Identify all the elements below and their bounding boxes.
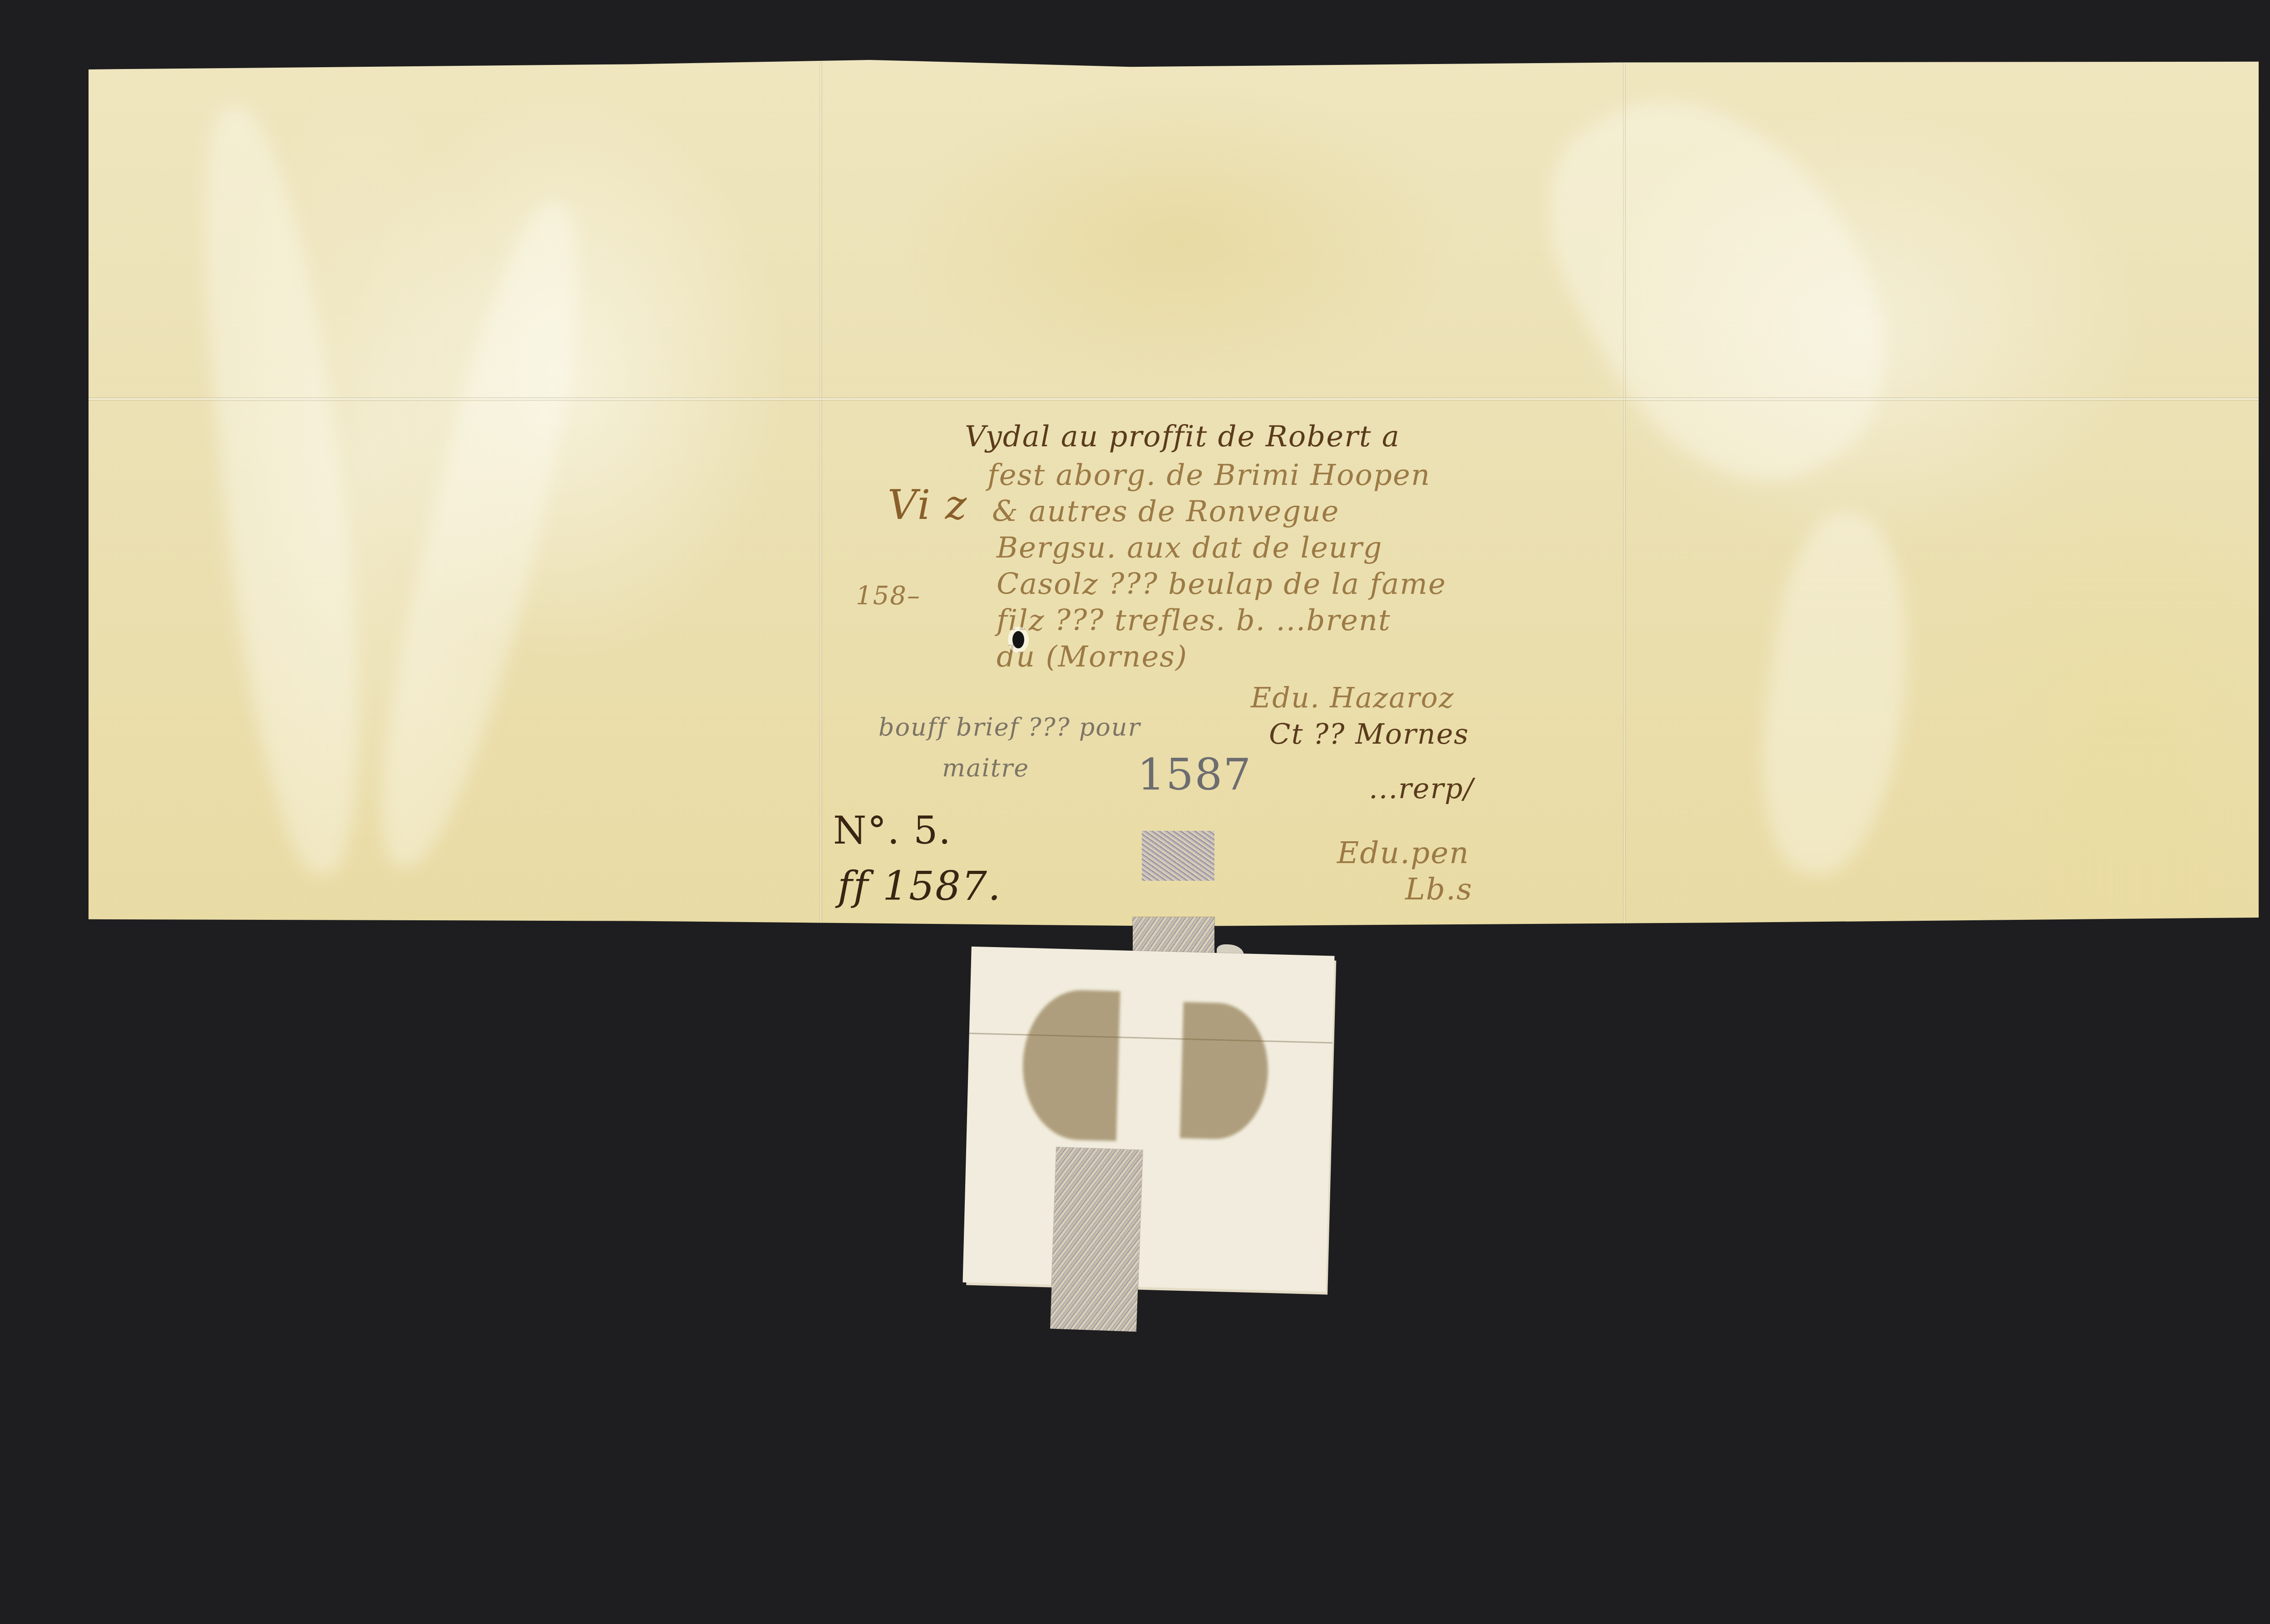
seal-tag-strip-bottom: [1050, 1147, 1143, 1332]
fold-line-horizontal: [89, 397, 2259, 401]
endorsement-line: fest aborg. de Brimi Hoopen: [987, 459, 1431, 492]
margin-year-fragment: 158–: [856, 581, 921, 611]
pencil-year: 1587: [1137, 749, 1252, 800]
signature-line: Edu.pen: [1337, 835, 1470, 870]
margin-numeral: Vi z: [888, 481, 967, 529]
seal-envelope: [962, 947, 1334, 1292]
abrasion-wash: [348, 192, 619, 879]
parchment-hole: [1012, 631, 1024, 648]
signature-line: Edu. Hazaroz: [1251, 681, 1455, 714]
endorsement-line: & autres de Ronvegue: [992, 495, 1339, 528]
seal-envelope-fold: [969, 1033, 1332, 1044]
grey-note-line: bouff brief ??? pour: [878, 713, 1140, 741]
abrasion-wash: [1744, 505, 1929, 884]
endorsement-line: Vydal au proffit de Robert a: [965, 420, 1400, 454]
wax-seal-stain-right: [1180, 1002, 1270, 1140]
endorsement-line: Casolz ??? beulap de la fame: [997, 568, 1446, 601]
signature-line: Lb.s: [1405, 872, 1473, 907]
endorsement-line: filz ??? trefles. b. ...brent: [997, 604, 1391, 637]
endorsement-line: du (Mornes): [997, 640, 1188, 674]
fold-line-vertical: [819, 59, 822, 926]
endorsement-line: Bergsu. aux dat de leurg: [997, 531, 1383, 565]
abrasion-wash: [1503, 41, 1943, 531]
signature-line: ...rerp/: [1369, 772, 1474, 805]
tag-slot: [1142, 831, 1214, 881]
grey-note-line: maitre: [942, 754, 1029, 782]
signature-line: Ct ?? Mornes: [1269, 717, 1469, 750]
archive-year-mark: ff 1587.: [838, 863, 1002, 909]
abrasion-wash: [185, 100, 383, 880]
archive-number: N°. 5.: [833, 808, 952, 853]
wax-seal-stain-left: [1021, 989, 1120, 1141]
fold-line-vertical: [1623, 59, 1626, 926]
parchment-sheet: Vydal au proffit de Robert a fest aborg.…: [89, 59, 2259, 926]
